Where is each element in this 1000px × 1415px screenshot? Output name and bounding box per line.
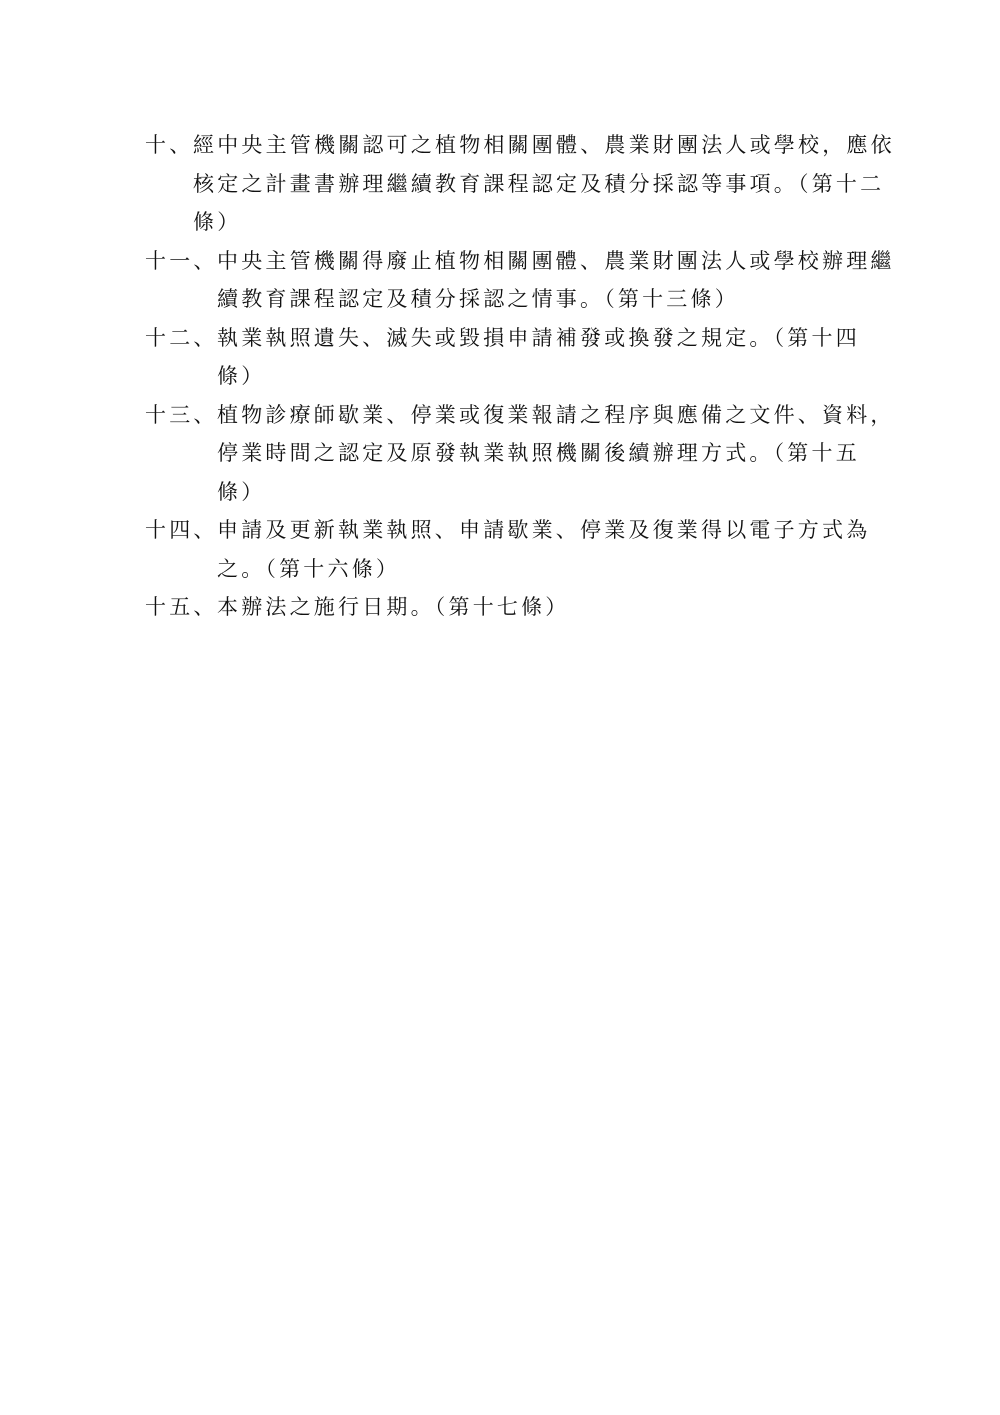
item-label: 十三、 <box>145 396 217 435</box>
item-body: 本辦法之施行日期。（第十七條） <box>217 588 877 627</box>
item-line: 經中央主管機關認可之植物相關團體、農業財團法人或學校，應依 <box>193 126 880 165</box>
item-body: 申請及更新執業執照、申請歇業、停業及復業得以電子方式為 之。（第十六條） <box>217 511 877 588</box>
item-label: 十一、 <box>145 242 217 281</box>
item-line: 續教育課程認定及積分採認之情事。（第十三條） <box>217 280 877 319</box>
item-line: 核定之計畫書辦理繼續教育課程認定及積分採認等事項。（第十二 <box>193 165 880 204</box>
item-line: 之。（第十六條） <box>217 550 877 589</box>
item-body: 植物診療師歇業、停業或復業報請之程序與應備之文件、資料， 停業時間之認定及原發執… <box>217 396 877 512</box>
item-body: 執業執照遺失、滅失或毀損申請補發或換發之規定。（第十四 條） <box>217 319 877 396</box>
item-line: 條） <box>193 203 880 242</box>
item-line: 中央主管機關得廢止植物相關團體、農業財團法人或學校辦理繼 <box>217 242 877 281</box>
item-line: 執業執照遺失、滅失或毀損申請補發或換發之規定。（第十四 <box>217 319 877 358</box>
item-line: 條） <box>217 357 877 396</box>
document-page: 十、 經中央主管機關認可之植物相關團體、農業財團法人或學校，應依 核定之計畫書辦… <box>145 126 880 627</box>
item-label: 十、 <box>145 126 193 165</box>
list-item-15: 十五、 本辦法之施行日期。（第十七條） <box>145 588 880 627</box>
item-line: 申請及更新執業執照、申請歇業、停業及復業得以電子方式為 <box>217 511 877 550</box>
item-line: 條） <box>217 473 877 512</box>
list-item-12: 十二、 執業執照遺失、滅失或毀損申請補發或換發之規定。（第十四 條） <box>145 319 880 396</box>
item-body: 經中央主管機關認可之植物相關團體、農業財團法人或學校，應依 核定之計畫書辦理繼續… <box>193 126 880 242</box>
item-label: 十四、 <box>145 511 217 550</box>
list-item-14: 十四、 申請及更新執業執照、申請歇業、停業及復業得以電子方式為 之。（第十六條） <box>145 511 880 588</box>
item-label: 十五、 <box>145 588 217 627</box>
item-body: 中央主管機關得廢止植物相關團體、農業財團法人或學校辦理繼 續教育課程認定及積分採… <box>217 242 877 319</box>
list-item-13: 十三、 植物診療師歇業、停業或復業報請之程序與應備之文件、資料， 停業時間之認定… <box>145 396 880 512</box>
list-item-11: 十一、 中央主管機關得廢止植物相關團體、農業財團法人或學校辦理繼 續教育課程認定… <box>145 242 880 319</box>
item-line: 植物診療師歇業、停業或復業報請之程序與應備之文件、資料， <box>217 396 877 435</box>
list-item-10: 十、 經中央主管機關認可之植物相關團體、農業財團法人或學校，應依 核定之計畫書辦… <box>145 126 880 242</box>
item-label: 十二、 <box>145 319 217 358</box>
item-line: 本辦法之施行日期。（第十七條） <box>217 588 877 627</box>
item-line: 停業時間之認定及原發執業執照機關後續辦理方式。（第十五 <box>217 434 877 473</box>
